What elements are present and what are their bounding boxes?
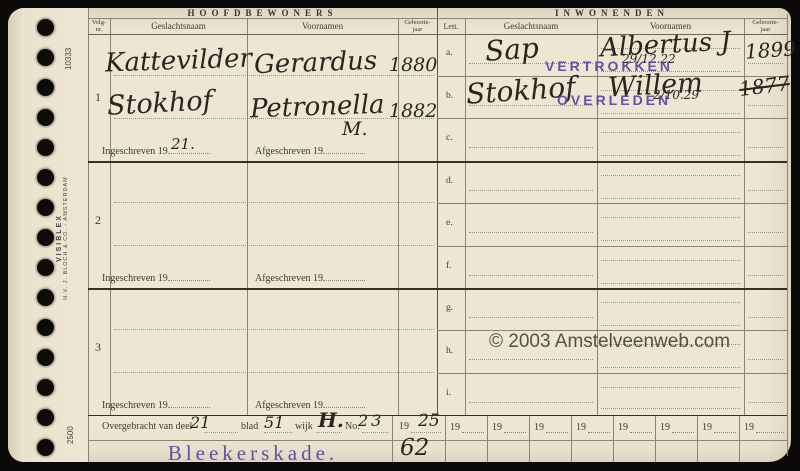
column-header-geboortejaar-left: Geboorte- jaar [398,19,437,33]
dotted-fill [323,144,365,154]
punch-hole [37,139,54,156]
dotted-fill [323,398,365,408]
handwritten-birthyear: 1882 [389,100,437,122]
dotted-fill [316,432,342,433]
year-cell-label: 19 [576,422,586,433]
label-text: Afgeschreven 19 [255,146,323,157]
ruling-line [469,232,593,233]
section-title-hoofdbewoners: HOOFDBEWONERS [88,9,437,19]
row-letter: e. [446,218,453,228]
grid-line [392,415,393,462]
year-cell-label: 19 [660,422,670,433]
year-cell: 19 [487,415,529,440]
section-title-inwonenden: INWONENDEN [437,9,787,19]
ruling-line [114,245,434,246]
dotted-fill [462,423,484,433]
label-year-prefix: 19 [399,421,409,432]
handwritten-birthyear: 1877 [738,71,791,101]
ruling-line [469,147,593,148]
dotted-fill [672,423,694,433]
punch-hole [37,79,54,96]
row-letter: d. [446,176,453,186]
handwritten-surname: Stokhof [106,85,213,121]
punch-hole [37,379,54,396]
label-afgeschreven: Afgeschreven 19 [255,398,365,411]
dotted-fill [546,423,568,433]
scanned-register-photo: 10333 VISIBLEX N.V. J. BLOCH & CO. - AMS… [0,0,800,471]
row-letter: i. [446,388,451,398]
dotted-fill [630,423,652,433]
handwritten-year: 25 [418,411,440,431]
ruling-line [601,387,740,388]
ruling-line [469,402,593,403]
row-letter: c. [446,133,453,143]
overleden-stamp: OVERLEDEN [557,92,671,108]
ruling-line [601,217,740,218]
strip-brand-maker: N.V. J. BLOCH & CO. - AMSTERDAM [63,168,69,308]
block-divider [88,161,787,163]
ruling-line [748,105,783,106]
punch-hole [37,199,54,216]
handwritten-blad: 51 [264,413,284,432]
ruling-line [601,175,740,176]
handwritten-deel: 21 [190,413,210,432]
label-text: Afgeschreven 19 [255,273,323,284]
ruling-line [601,408,740,409]
dotted-fill [588,423,610,433]
ruling-line [114,329,434,330]
punch-hole [37,49,54,66]
label-afgeschreven: Afgeschreven 19 [255,144,365,157]
punch-hole [37,319,54,336]
punch-hole [37,229,54,246]
ruling-line [601,113,740,114]
ruling-line [748,402,783,403]
label-overgebracht: Overgebracht van deel [102,421,192,432]
label-ingeschreven: Ingeschreven 19 [102,271,210,284]
column-header-geboortejaar-right: Geboorte- jaar [744,19,787,33]
dotted-fill [168,144,210,154]
row-line [437,246,787,247]
strip-brand-block: VISIBLEX N.V. J. BLOCH & CO. - AMSTERDAM [56,168,69,308]
column-header-voornamen-left: Voornamen [247,19,398,34]
block-number: 3 [95,340,101,355]
handwritten-surname: Kattevilder [105,43,253,78]
dotted-fill [504,423,526,433]
grid-line [247,18,248,415]
header-text: nr. [88,26,110,33]
ruling-line [469,359,593,360]
label-text: Ingeschreven 19 [102,273,168,284]
strip-serial-bottom: 2500 [66,410,75,444]
row-line [437,118,787,119]
ruling-line [748,147,783,148]
handwritten-firstname: Gerardus [254,46,378,80]
year-cell: 19 [697,415,739,440]
dotted-fill [411,432,441,433]
copyright-watermark: © 2003 Amstelveenweb.com [489,331,730,353]
ruling-line [748,317,783,318]
dotted-fill [204,432,238,433]
year-cell: 19 [655,415,697,440]
year-cell-label: 19 [450,422,460,433]
year-cell-label: 19 [534,422,544,433]
punch-hole [37,409,54,426]
dotted-fill [714,423,736,433]
dotted-fill [264,432,292,433]
label-text: Afgeschreven 19 [255,400,323,411]
ruling-line [601,260,740,261]
punch-hole [37,19,54,36]
row-letter: a. [446,48,453,58]
punch-hole [37,259,54,276]
year-cell: 19 [445,415,487,440]
header-text: Geboorte- [744,19,787,26]
punch-hole [37,109,54,126]
ruling-line [601,132,740,133]
ruling-line [601,198,740,199]
column-header-volgnr: Volg- nr. [88,19,110,33]
punch-hole [37,349,54,366]
label-text: Ingeschreven 19 [102,146,168,157]
year-cell: 19 [739,415,787,440]
ruling-line [601,367,740,368]
ruling-line [469,275,593,276]
row-letter: b. [446,91,453,101]
year-cell-label: 19 [702,422,712,433]
punch-hole [37,169,54,186]
handwritten-birthyear: 1880 [389,54,437,76]
label-blad: blad [241,421,258,432]
ruling-line [601,155,740,156]
block-number: 1 [95,90,101,105]
grid-line [88,8,89,462]
dotted-fill [168,398,210,408]
register-card: 10333 VISIBLEX N.V. J. BLOCH & CO. - AMS… [8,8,791,462]
ruling-line [748,232,783,233]
year-cell-label: 19 [744,422,754,433]
ruling-line [114,372,434,373]
ruling-line [601,283,740,284]
street-name-stamp: Bleekerskade. [148,441,358,466]
ruling-line [114,202,434,203]
ruling-line [748,190,783,191]
header-text: jaar [398,26,437,33]
row-letter: h. [446,346,453,356]
handwritten-firstname-suffix: M. [342,118,368,140]
handwritten-birthyear: 1899 [744,36,796,63]
handwritten-house-number: 62 [400,435,429,461]
handwritten-surname: Sap [484,31,540,68]
label-ingeschreven: Ingeschreven 19 [102,398,210,411]
ruling-line [601,325,740,326]
year-cell: 19 [613,415,655,440]
year-cell: 19 [529,415,571,440]
year-cell-label: 19 [618,422,628,433]
column-header-geslachtsnaam-left: Geslachtsnaam [110,19,247,34]
label-ingeschreven: Ingeschreven 19 [102,144,210,157]
ruling-line [601,240,740,241]
punch-hole [37,289,54,306]
ruling-line [748,275,783,276]
ruling-line [469,317,593,318]
strip-serial-top: 10333 [64,20,73,70]
dotted-fill [756,423,784,433]
ruling-line [469,190,593,191]
strip-brand-name: VISIBLEX [56,168,63,308]
year-cell-label: 19 [492,422,502,433]
label-afgeschreven: Afgeschreven 19 [255,271,365,284]
dotted-fill [362,432,388,433]
row-letter: f. [446,261,452,271]
block-number: 2 [95,213,101,228]
label-text: Ingeschreven 19 [102,400,168,411]
grid-line [597,18,598,415]
header-text: Volg- [88,19,110,26]
row-letter: g. [446,303,453,313]
label-wijk: wijk [295,421,313,432]
column-header-lett: Lett. [437,19,465,34]
grid-line [398,18,399,415]
punch-strip: 10333 VISIBLEX N.V. J. BLOCH & CO. - AMS… [8,8,88,462]
handwritten-wijk: H. [318,408,344,432]
header-text: Geboorte- [398,19,437,26]
row-line [437,203,787,204]
ruling-line [601,302,740,303]
header-text: jaar [744,26,787,33]
dotted-fill [168,271,210,281]
row-line [437,373,787,374]
block-divider [88,288,787,290]
handwritten-huisnummer: 23 [358,411,384,430]
dotted-fill [323,271,365,281]
year-cell: 19 [571,415,613,440]
ruling-line [748,359,783,360]
punch-hole [37,439,54,456]
